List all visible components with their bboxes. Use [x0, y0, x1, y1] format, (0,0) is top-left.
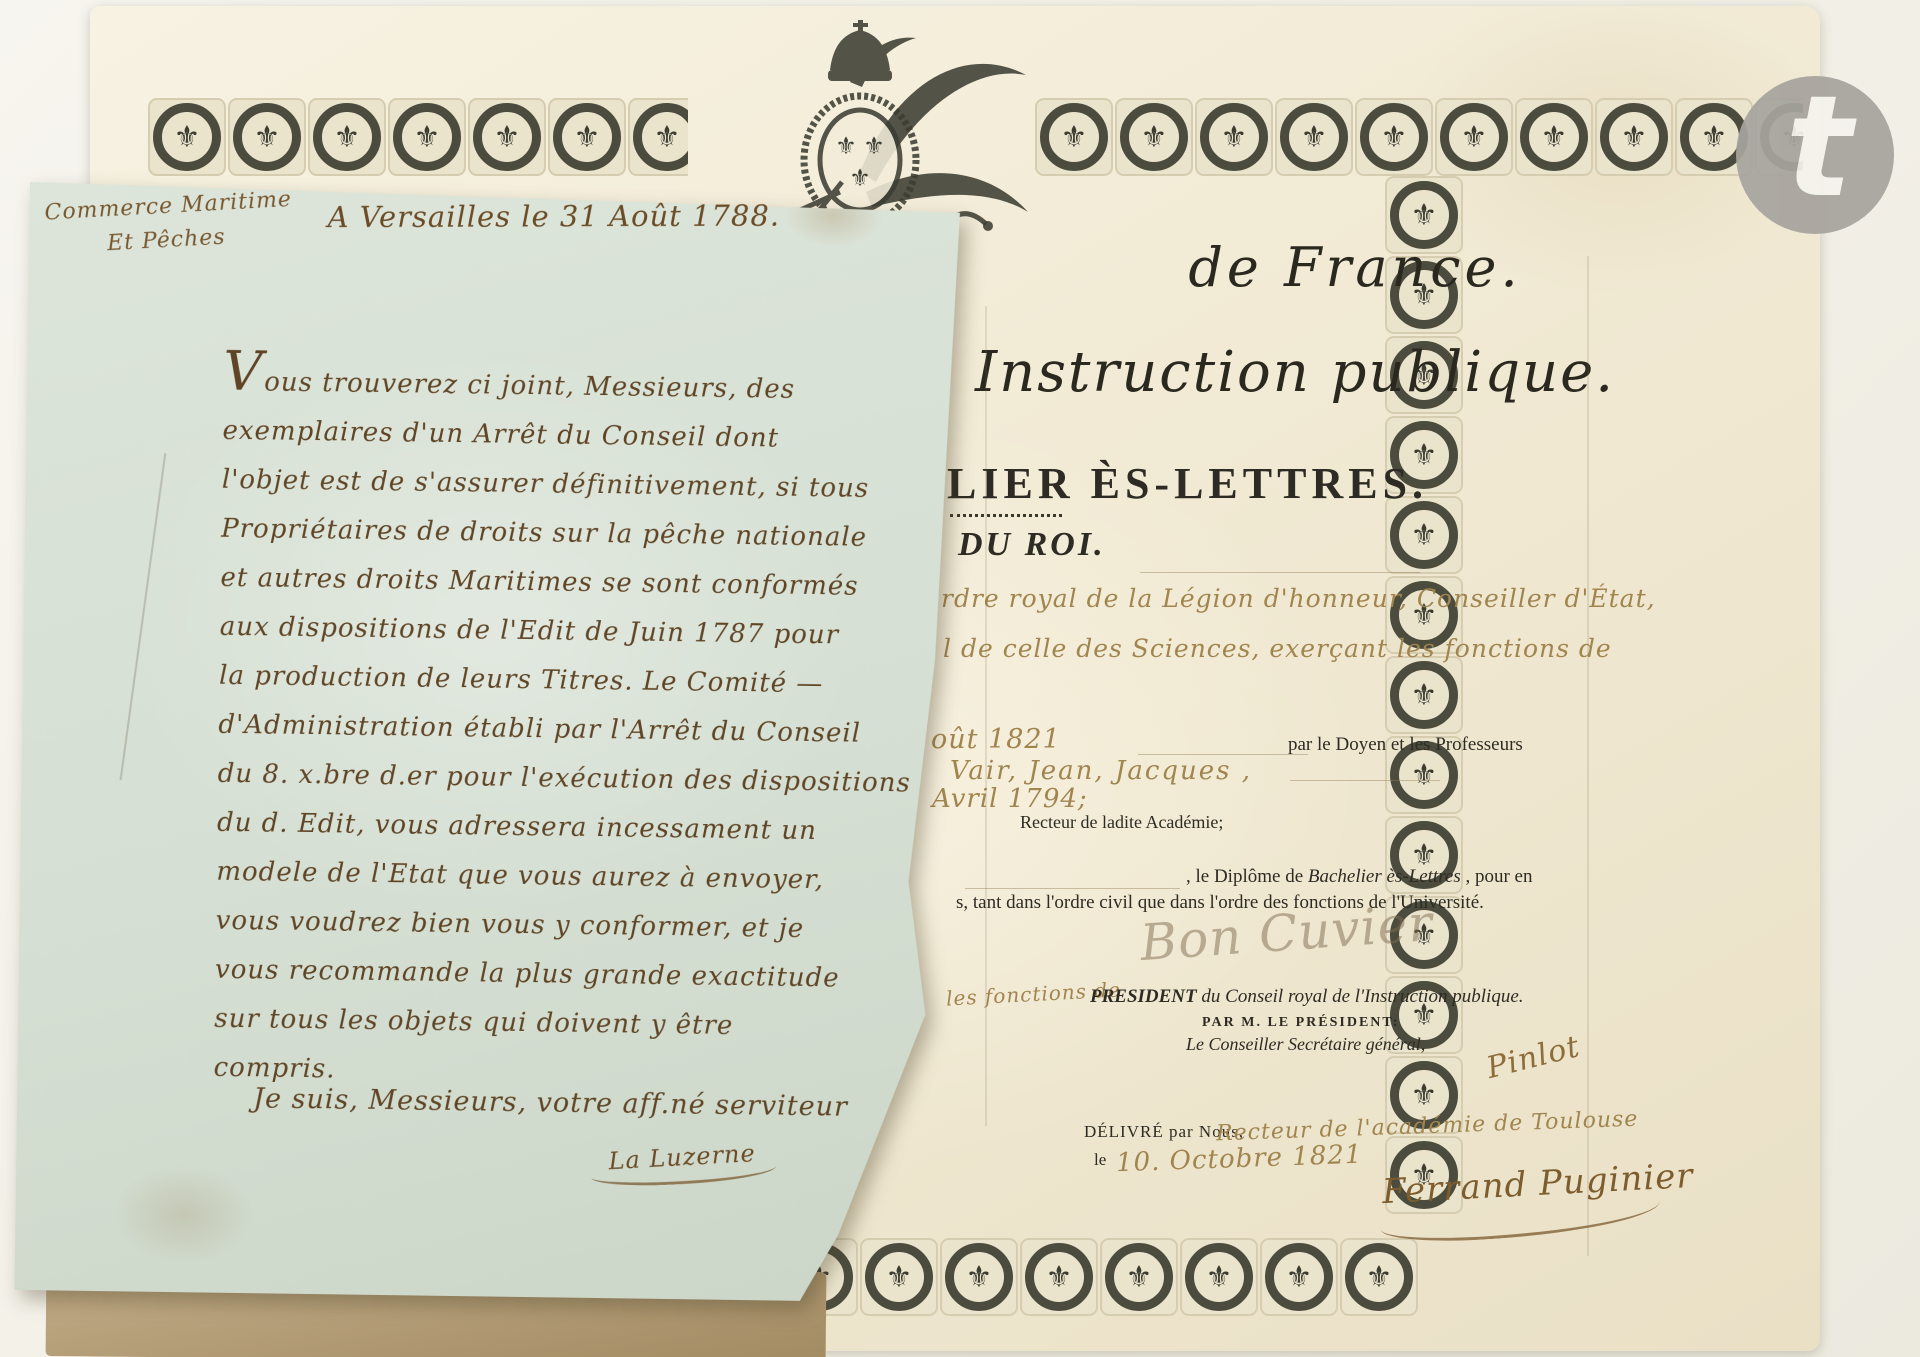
fleur-de-lis-medallion: ⚜: [308, 98, 386, 176]
fleur-de-lis-medallion: ⚜: [628, 98, 688, 176]
fleur-de-lis-medallion: ⚜: [388, 98, 466, 176]
fleur-de-lis-icon: ⚜: [1035, 98, 1113, 176]
fleur-de-lis-medallion: ⚜: [228, 98, 306, 176]
letter-sheet: Commerce Maritime Et Pêches A Versailles…: [15, 182, 965, 1303]
fleur-de-lis-icon: ⚜: [1275, 98, 1353, 176]
fleur-de-lis-medallion: ⚜: [1385, 656, 1463, 734]
letter-body: Vous trouverez ci joint, Messieurs, dese…: [213, 347, 843, 1102]
fleur-de-lis-medallion: ⚜: [940, 1238, 1018, 1316]
printed-president-line: PRESIDENT du Conseil royal de l'Instruct…: [1090, 986, 1524, 1008]
letter-body-line: vous recommande la plus grande exactitud…: [215, 946, 836, 1004]
diplome-italic: Bachelier ès-Lettres: [1308, 866, 1461, 887]
fleur-de-lis-medallion: ⚜: [1020, 1238, 1098, 1316]
svg-text:⚜: ⚜: [849, 164, 871, 192]
fleur-de-lis-icon: ⚜: [468, 98, 546, 176]
fleur-de-lis-medallion: ⚜: [1595, 98, 1673, 176]
fleur-de-lis-medallion: ⚜: [1435, 98, 1513, 176]
photo-of-documents: ⚜⚜⚜⚜⚜⚜⚜ ⚜⚜⚜⚜⚜⚜⚜⚜⚜⚜ ⚜⚜⚜⚜⚜⚜⚜⚜⚜⚜⚜⚜⚜ ⚜⚜⚜⚜⚜⚜⚜…: [0, 0, 1920, 1357]
watermark-letter-icon: t: [1786, 66, 1853, 229]
fleur-de-lis-medallion: ⚜: [148, 98, 226, 176]
letter-body-line: Vous trouverez ci joint, Messieurs, des: [223, 347, 844, 416]
fleur-de-lis-icon: ⚜: [1595, 98, 1673, 176]
fleur-de-lis-medallion: ⚜: [1195, 98, 1273, 176]
fleur-de-lis-medallion: ⚜: [1035, 98, 1113, 176]
fleur-de-lis-medallion: ⚜: [548, 98, 626, 176]
letter-body-line: du d. Edit, vous adressera incessament u…: [217, 799, 838, 857]
fill-name: Vair, Jean, Jacques ,: [950, 756, 1252, 786]
border-top-right: ⚜⚜⚜⚜⚜⚜⚜⚜⚜⚜: [1035, 98, 1803, 178]
fleur-de-lis-icon: ⚜: [308, 98, 386, 176]
fleur-de-lis-icon: ⚜: [388, 98, 466, 176]
fleur-de-lis-icon: ⚜: [148, 98, 226, 176]
fleur-de-lis-medallion: ⚜: [1275, 98, 1353, 176]
fleur-de-lis-icon: ⚜: [1340, 1238, 1418, 1316]
form-rule: [1140, 572, 1420, 573]
printed-doyen: par le Doyen et les Professeurs: [1288, 734, 1523, 756]
fleur-de-lis-medallion: ⚜: [1515, 98, 1593, 176]
fleur-de-lis-icon: ⚜: [1355, 98, 1433, 176]
paper-fold: [985, 306, 987, 1126]
fleur-de-lis-medallion: ⚜: [1100, 1238, 1178, 1316]
diploma-subheading: DU ROI.: [958, 526, 1106, 564]
fleur-de-lis-icon: ⚜: [228, 98, 306, 176]
fleur-de-lis-medallion: ⚜: [1355, 98, 1433, 176]
letter-body-line: du 8. x.bre d.er pour l'exécution des di…: [217, 750, 838, 808]
signature-secretaire: Pinlot: [1483, 1029, 1583, 1086]
letter-body-line: la production de leurs Titres. Le Comité…: [219, 652, 840, 710]
printed-le: le: [1094, 1150, 1106, 1170]
letter-body-line: exemplaires d'un Arrêt du Conseil dont: [222, 407, 843, 465]
fleur-de-lis-icon: ⚜: [1515, 98, 1593, 176]
letter-body-line: d'Administration établi par l'Arrêt du C…: [218, 701, 839, 759]
printed-diplome-line: , le Diplôme de Bachelier ès-Lettres , p…: [1186, 866, 1533, 888]
fleur-de-lis-icon: ⚜: [1385, 656, 1463, 734]
fill-line-2: l de celle des Sciences, exerçant les fo…: [943, 634, 1612, 663]
printed-par-president: PAR M. LE PRÉSIDENT:: [1202, 1015, 1399, 1031]
letter-body-line: vous voudrez bien vous y conformer, et j…: [215, 897, 836, 955]
letter-body-line: aux dispositions de l'Edit de Juin 1787 …: [219, 603, 840, 661]
fleur-de-lis-medallion: ⚜: [1260, 1238, 1338, 1316]
printed-recteur-ladite: Recteur de ladite Académie;: [1020, 812, 1223, 833]
fleur-de-lis-icon: ⚜: [628, 98, 688, 176]
fleur-de-lis-icon: ⚜: [1435, 98, 1513, 176]
fleur-de-lis-icon: ⚜: [1260, 1238, 1338, 1316]
letter-corner-note: Commerce Maritime Et Pêches: [44, 183, 287, 264]
printed-secretaire: Le Conseiller Secrétaire général,: [1186, 1034, 1425, 1055]
president-word: PRESIDENT: [1090, 986, 1197, 1007]
diploma-subtitle: Instruction publique.: [975, 340, 1535, 405]
fleur-de-lis-icon: ⚜: [1115, 98, 1193, 176]
paper-fold: [1587, 256, 1589, 1256]
letter-body-line: sur tous les objets qui doivent y être: [214, 995, 835, 1053]
form-rule: [965, 888, 1180, 889]
fleur-de-lis-icon: ⚜: [1020, 1238, 1098, 1316]
fleur-de-lis-medallion: ⚜: [1340, 1238, 1418, 1316]
border-right: ⚜⚜⚜⚜⚜⚜⚜⚜⚜⚜⚜⚜⚜: [1385, 176, 1465, 1236]
letter-body-line: Propriétaires de droits sur la pêche nat…: [221, 505, 842, 563]
fleur-de-lis-icon: ⚜: [548, 98, 626, 176]
fleur-de-lis-medallion: ⚜: [1115, 98, 1193, 176]
fill-date: 10. Octobre 1821: [1116, 1140, 1363, 1179]
fleur-de-lis-medallion: ⚜: [468, 98, 546, 176]
form-rule: [1138, 754, 1308, 755]
watermark-logo: t: [1736, 76, 1894, 234]
fleur-de-lis-medallion: ⚜: [1180, 1238, 1258, 1316]
fill-line-1: rdre royal de la Légion d'honneur, Conse…: [941, 584, 1656, 613]
letter-body-line: et autres droits Maritimes se sont confo…: [220, 554, 841, 612]
fleur-de-lis-icon: ⚜: [940, 1238, 1018, 1316]
fleur-de-lis-icon: ⚜: [1100, 1238, 1178, 1316]
fleur-de-lis-icon: ⚜: [1180, 1238, 1258, 1316]
letter-body-line: modele de l'Etat que vous aurez à envoye…: [216, 848, 837, 906]
fleur-de-lis-icon: ⚜: [1195, 98, 1273, 176]
diploma-title: de France.: [1185, 236, 1525, 299]
letter-body-line: l'objet est de s'assurer définitivement,…: [222, 456, 843, 514]
dotted-rule: [950, 514, 1062, 517]
form-rule: [1290, 780, 1440, 781]
svg-text:⚜: ⚜: [863, 132, 885, 160]
svg-text:⚜: ⚜: [835, 132, 857, 160]
letter-dateline: A Versailles le 31 Août 1788.: [328, 199, 781, 235]
border-top-left: ⚜⚜⚜⚜⚜⚜⚜: [148, 98, 688, 178]
diploma-heading: LIER ÈS-LETTRES.: [947, 458, 1428, 509]
